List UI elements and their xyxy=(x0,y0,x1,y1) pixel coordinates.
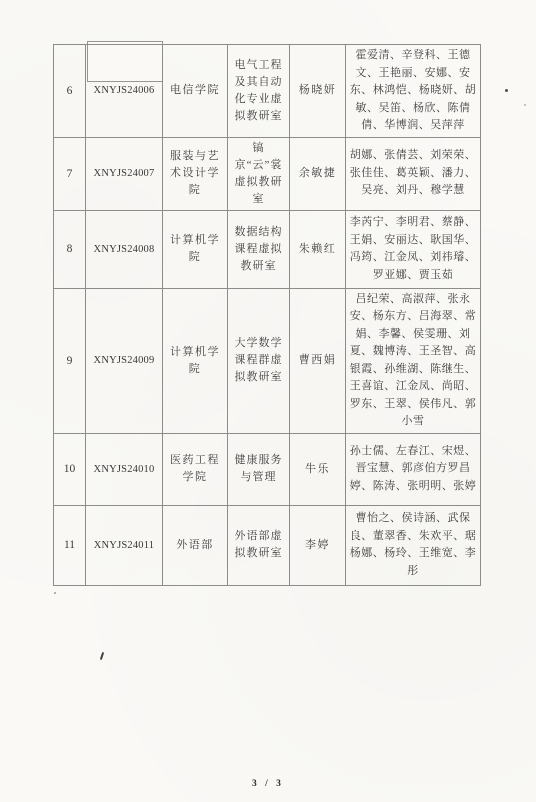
cell-college: 计算机学院 xyxy=(163,288,228,433)
cell-leader: 曹西娟 xyxy=(290,288,346,433)
cell-college: 电信学院 xyxy=(163,45,228,138)
cell-college: 医药工程学院 xyxy=(163,433,228,505)
ink-speck xyxy=(100,652,104,660)
ink-speck xyxy=(524,104,526,106)
cell-college: 外语部 xyxy=(163,505,228,585)
cell-office-name: 外语部虚拟教研室 xyxy=(228,505,290,585)
cell-office-name: 数据结构课程虚拟教研室 xyxy=(228,210,290,288)
cell-project-code: XNYJS24011 xyxy=(86,505,163,585)
cell-project-code: XNYJS24006 xyxy=(86,45,163,138)
page-number: 3 / 3 xyxy=(0,779,536,789)
cell-office-name: 镐京“云”裳虚拟教研室 xyxy=(228,137,290,210)
cell-college: 计算机学院 xyxy=(163,210,228,288)
cell-members: 李芮宁、李明君、蔡静、王娟、安丽达、耿国华、冯筠、江金凤、刘祎璿、罗亚娜、贾玉茹 xyxy=(346,210,481,288)
table-body: 6 XNYJS24006 电信学院 电气工程及其自动化专业虚拟教研室 杨晓妍 霍… xyxy=(54,45,481,586)
cell-office-name: 大学数学课程群虚拟教研室 xyxy=(228,288,290,433)
cell-office-name: 健康服务与管理 xyxy=(228,433,290,505)
cell-leader: 李婷 xyxy=(290,505,346,585)
cell-serial-number: 10 xyxy=(54,433,86,505)
cell-serial-number: 6 xyxy=(54,45,86,138)
cell-leader: 朱赖红 xyxy=(290,210,346,288)
cell-project-code: XNYJS24008 xyxy=(86,210,163,288)
ink-speck xyxy=(505,89,508,92)
table-row: 10 XNYJS24010 医药工程学院 健康服务与管理 牛乐 孙士儒、左春江、… xyxy=(54,433,481,505)
cell-office-name: 电气工程及其自动化专业虚拟教研室 xyxy=(228,45,290,138)
cell-members: 霍爱清、辛登科、王德文、王艳丽、安娜、安东、林鸿恺、杨晓妍、胡敏、吴笛、杨欣、陈… xyxy=(346,45,481,138)
cell-leader: 余敏捷 xyxy=(290,137,346,210)
cell-project-code: XNYJS24009 xyxy=(86,288,163,433)
cell-leader: 杨晓妍 xyxy=(290,45,346,138)
cell-serial-number: 7 xyxy=(54,137,86,210)
table-row: 11 XNYJS24011 外语部 外语部虚拟教研室 李婷 曹怡之、侯诗涵、武保… xyxy=(54,505,481,585)
table-row: 7 XNYJS24007 服装与艺术设计学院 镐京“云”裳虚拟教研室 余敏捷 胡… xyxy=(54,137,481,210)
ink-speck xyxy=(430,466,432,468)
cell-members: 胡娜、张倩芸、刘荣荣、张佳佳、葛英颖、潘力、吴亮、刘丹、穆学慧 xyxy=(346,137,481,210)
cell-leader: 牛乐 xyxy=(290,433,346,505)
cell-project-code: XNYJS24010 xyxy=(86,433,163,505)
cell-college: 服装与艺术设计学院 xyxy=(163,137,228,210)
cell-serial-number: 9 xyxy=(54,288,86,433)
ink-speck xyxy=(54,592,56,594)
cell-members: 曹怡之、侯诗涵、武保良、董翠香、朱欢平、琚杨娜、杨玲、王维宽、李彤 xyxy=(346,505,481,585)
cell-serial-number: 8 xyxy=(54,210,86,288)
cell-serial-number: 11 xyxy=(54,505,86,585)
table-row: 6 XNYJS24006 电信学院 电气工程及其自动化专业虚拟教研室 杨晓妍 霍… xyxy=(54,45,481,138)
scanned-document-page: 6 XNYJS24006 电信学院 电气工程及其自动化专业虚拟教研室 杨晓妍 霍… xyxy=(0,0,536,802)
cell-project-code: XNYJS24007 xyxy=(86,137,163,210)
table-row: 8 XNYJS24008 计算机学院 数据结构课程虚拟教研室 朱赖红 李芮宁、李… xyxy=(54,210,481,288)
cell-members: 孙士儒、左春江、宋煜、晋宝慧、郭彦伯方罗昌婷、陈涛、张明明、张婷 xyxy=(346,433,481,505)
table-row: 9 XNYJS24009 计算机学院 大学数学课程群虚拟教研室 曹西娟 吕纪荣、… xyxy=(54,288,481,433)
virtual-teaching-office-table: 6 XNYJS24006 电信学院 电气工程及其自动化专业虚拟教研室 杨晓妍 霍… xyxy=(53,44,481,586)
cell-members: 吕纪荣、高淑萍、张永安、杨东方、吕海翠、常娟、李馨、侯雯珊、刘夏、魏博涛、王圣智… xyxy=(346,288,481,433)
